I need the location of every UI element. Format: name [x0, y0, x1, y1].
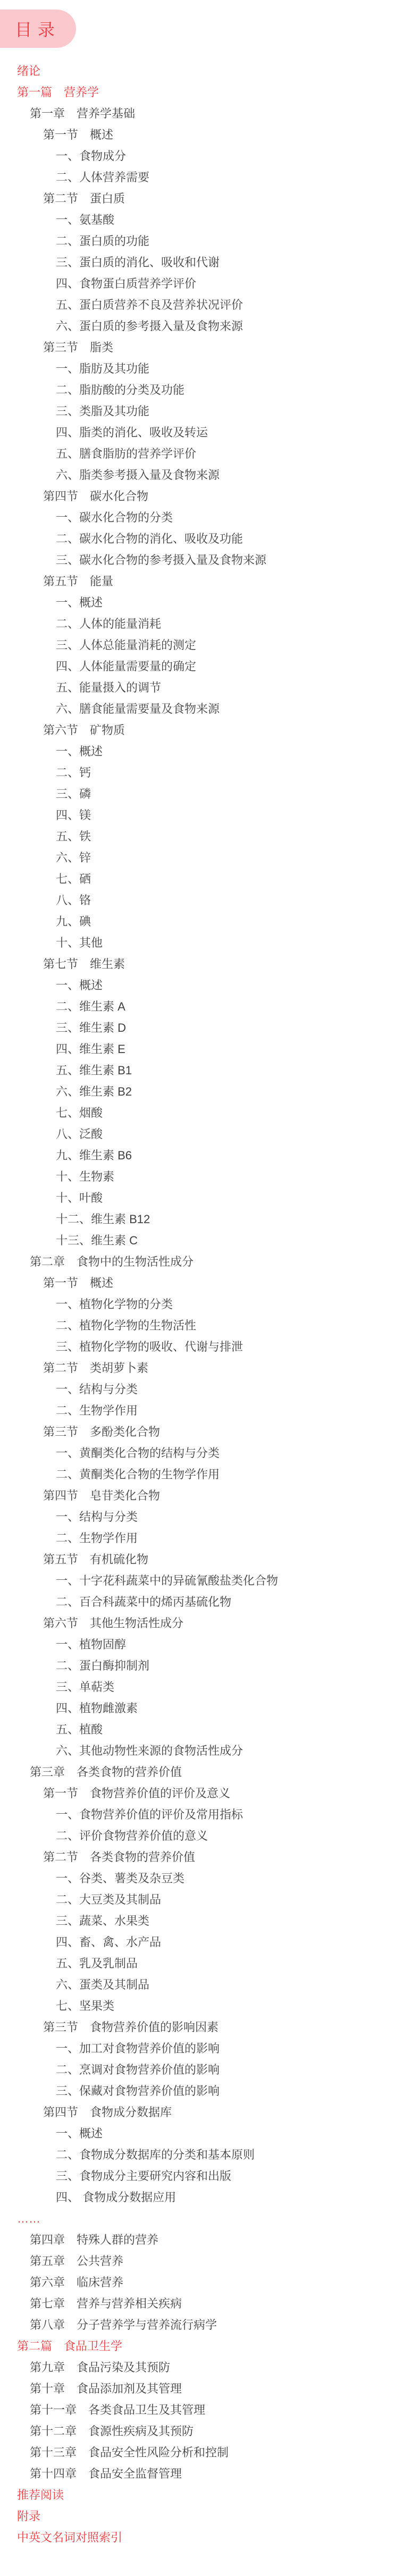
toc-entry: 第四节 碳水化合物	[0, 486, 420, 507]
toc-entry: 第三节 食物营养价值的影响因素	[0, 2017, 420, 2038]
toc-entry: 第二章 食物中的生物活性成分	[0, 1251, 420, 1273]
toc-entry: 一、概述	[0, 741, 420, 762]
toc-entry: 四、镁	[0, 805, 420, 826]
toc-entry: 二、大豆类及其制品	[0, 1889, 420, 1910]
toc-entry: 二、碳水化合物的消化、吸收及功能	[0, 528, 420, 550]
toc-entry: 第十三章 食品安全性风险分析和控制	[0, 2442, 420, 2463]
toc-entry: 四、食物蛋白质营养学评价	[0, 273, 420, 294]
toc-entry: 三、磷	[0, 784, 420, 805]
toc-entry: 第三节 多酚类化合物	[0, 1421, 420, 1443]
toc-entry: 一、黄酮类化合物的结构与分类	[0, 1443, 420, 1464]
toc-entry: 九、维生素 B6	[0, 1145, 420, 1166]
toc-entry: 十三、维生素 C	[0, 1230, 420, 1251]
toc-entry: 第六节 矿物质	[0, 720, 420, 741]
toc-entry: 二、人体营养需要	[0, 167, 420, 188]
toc-entry: 十、其他	[0, 932, 420, 954]
toc-entry: 五、植酸	[0, 1719, 420, 1740]
toc-entry: 五、乳及乳制品	[0, 1953, 420, 1974]
toc-entry: 三、人体总能量消耗的测定	[0, 635, 420, 656]
toc-entry: 三、蛋白质的消化、吸收和代谢	[0, 252, 420, 273]
toc-entry: 一、氨基酸	[0, 209, 420, 231]
toc-entry: 第六章 临床营养	[0, 2272, 420, 2293]
toc-entry: 第四章 特殊人群的营养	[0, 2229, 420, 2251]
toc-entry: 中英文名词对照索引	[0, 2527, 420, 2548]
toc-entry: 三、食物成分主要研究内容和出版	[0, 2166, 420, 2187]
toc-entry: 三、植物化学物的吸收、代谢与排泄	[0, 1336, 420, 1358]
toc-entry: 三、保藏对食物营养价值的影响	[0, 2081, 420, 2102]
toc-entry: 附录	[0, 2506, 420, 2527]
toc-entry: 二、钙	[0, 762, 420, 784]
toc-entry: 一、概述	[0, 975, 420, 996]
toc-entry: 第五章 公共营养	[0, 2251, 420, 2272]
toc-entry: 四、人体能量需要量的确定	[0, 656, 420, 677]
toc-entry: 七、硒	[0, 869, 420, 890]
toc-entry: 五、能量摄入的调节	[0, 677, 420, 698]
toc-entry: 六、锌	[0, 847, 420, 869]
toc-entry: 三、蔬菜、水果类	[0, 1910, 420, 1932]
toc-entry: 六、脂类参考摄入量及食物来源	[0, 465, 420, 486]
toc-entry: 第七章 营养与营养相关疾病	[0, 2293, 420, 2314]
toc-entry: 第六节 其他生物活性成分	[0, 1613, 420, 1634]
toc-entry: 二、百合科蔬菜中的烯丙基硫化物	[0, 1592, 420, 1613]
toc-entry: 一、脂肪及其功能	[0, 358, 420, 380]
toc-entry: 绪论	[0, 61, 420, 82]
toc-entry: 第十一章 各类食品卫生及其管理	[0, 2400, 420, 2421]
toc-entry: ……	[0, 2208, 420, 2229]
toc-entry: 第二节 蛋白质	[0, 188, 420, 209]
toc-entry: 一、食物营养价值的评价及常用指标	[0, 1804, 420, 1825]
toc-page: { "page": { "colors": { "red": "#e8383e"…	[0, 0, 420, 2576]
toc-entry: 四、畜、禽、水产品	[0, 1932, 420, 1953]
toc-entry: 第二节 各类食物的营养价值	[0, 1847, 420, 1868]
toc-entry: 一、概述	[0, 592, 420, 613]
toc-entry: 七、坚果类	[0, 1996, 420, 2017]
toc-entry: 三、类脂及其功能	[0, 401, 420, 422]
toc-entry: 二、烹调对食物营养价值的影响	[0, 2059, 420, 2081]
toc-entry: 四、 食物成分数据应用	[0, 2187, 420, 2208]
toc-entry: 第一节 食物营养价值的评价及意义	[0, 1783, 420, 1804]
toc-entry: 二、黄酮类化合物的生物学作用	[0, 1464, 420, 1485]
toc-entry: 十二、维生素 B12	[0, 1209, 420, 1230]
toc-entry: 五、膳食脂肪的营养学评价	[0, 443, 420, 465]
toc-entry: 一、谷类、薯类及杂豆类	[0, 1868, 420, 1889]
toc-entry: 一、结构与分类	[0, 1506, 420, 1528]
toc-entry: 一、十字花科蔬菜中的异硫氰酸盐类化合物	[0, 1570, 420, 1592]
toc-entry: 第一章 营养学基础	[0, 103, 420, 124]
toc-entry: 五、蛋白质营养不良及营养状况评价	[0, 294, 420, 316]
toc-entry: 四、脂类的消化、吸收及转运	[0, 422, 420, 443]
toc-entry: 第一节 概述	[0, 124, 420, 146]
toc-entry: 第三章 各类食物的营养价值	[0, 1762, 420, 1783]
toc-entry: 十、生物素	[0, 1166, 420, 1188]
toc-entry: 九、碘	[0, 911, 420, 932]
toc-entry: 五、铁	[0, 826, 420, 847]
toc-entry: 十、叶酸	[0, 1188, 420, 1209]
toc-entry: 二、评价食物营养价值的意义	[0, 1825, 420, 1847]
toc-entry: 第五节 能量	[0, 571, 420, 592]
toc-entry: 一、碳水化合物的分类	[0, 507, 420, 528]
toc-entry: 第四节 皂苷类化合物	[0, 1485, 420, 1506]
toc-entry: 第三节 脂类	[0, 337, 420, 358]
toc-entry: 第四节 食物成分数据库	[0, 2102, 420, 2123]
toc-title: 目 录	[15, 16, 55, 41]
toc-entry: 第一节 概述	[0, 1273, 420, 1294]
toc-entry: 三、维生素 D	[0, 1017, 420, 1039]
toc-entry: 六、维生素 B2	[0, 1081, 420, 1102]
toc-entry: 二、蛋白酶抑制剂	[0, 1655, 420, 1677]
toc-entry: 第十二章 食源性疾病及其预防	[0, 2421, 420, 2442]
toc-entry: 六、其他动物性来源的食物活性成分	[0, 1740, 420, 1762]
toc-entry: 一、加工对食物营养价值的影响	[0, 2038, 420, 2059]
toc-entry: 二、生物学作用	[0, 1528, 420, 1549]
toc-entry: 第九章 食品污染及其预防	[0, 2357, 420, 2378]
toc-entry: 第五节 有机硫化物	[0, 1549, 420, 1570]
toc-entry: 二、蛋白质的功能	[0, 231, 420, 252]
toc-entry: 六、蛋类及其制品	[0, 1974, 420, 1996]
toc-entry: 三、碳水化合物的参考摄入量及食物来源	[0, 550, 420, 571]
toc-entry: 一、植物化学物的分类	[0, 1294, 420, 1315]
toc-entry: 第二篇 食品卫生学	[0, 2336, 420, 2357]
toc-entry: 二、生物学作用	[0, 1400, 420, 1421]
toc-entry: 推荐阅读	[0, 2485, 420, 2506]
toc-entry: 第十章 食品添加剂及其管理	[0, 2378, 420, 2400]
toc-entry: 第二节 类胡萝卜素	[0, 1358, 420, 1379]
toc-entry: 一、概述	[0, 2123, 420, 2144]
toc-entry: 一、食物成分	[0, 146, 420, 167]
toc-entry: 六、膳食能量需要量及食物来源	[0, 698, 420, 720]
toc-title-badge: 目 录	[0, 10, 76, 48]
toc-entry: 四、植物雌激素	[0, 1698, 420, 1719]
toc-entry: 五、维生素 B1	[0, 1060, 420, 1081]
toc-entry: 第十四章 食品安全监督管理	[0, 2463, 420, 2485]
toc-entry: 一、结构与分类	[0, 1379, 420, 1400]
toc-entry: 第八章 分子营养学与营养流行病学	[0, 2314, 420, 2336]
toc-entry: 六、蛋白质的参考摄入量及食物来源	[0, 316, 420, 337]
toc-entry: 八、铬	[0, 890, 420, 911]
toc-list: 绪论第一篇 营养学第一章 营养学基础第一节 概述一、食物成分二、人体营养需要第二…	[0, 61, 420, 2548]
toc-entry: 三、单萜类	[0, 1677, 420, 1698]
toc-entry: 一、植物固醇	[0, 1634, 420, 1655]
toc-header: 目 录	[0, 10, 420, 48]
toc-entry: 二、人体的能量消耗	[0, 613, 420, 635]
toc-entry: 七、烟酸	[0, 1102, 420, 1124]
toc-entry: 第一篇 营养学	[0, 82, 420, 103]
toc-entry: 第七节 维生素	[0, 954, 420, 975]
toc-entry: 二、脂肪酸的分类及功能	[0, 380, 420, 401]
toc-entry: 四、维生素 E	[0, 1039, 420, 1060]
toc-entry: 二、维生素 A	[0, 996, 420, 1017]
toc-entry: 八、泛酸	[0, 1124, 420, 1145]
toc-entry: 二、食物成分数据库的分类和基本原则	[0, 2144, 420, 2166]
toc-entry: 二、植物化学物的生物活性	[0, 1315, 420, 1336]
